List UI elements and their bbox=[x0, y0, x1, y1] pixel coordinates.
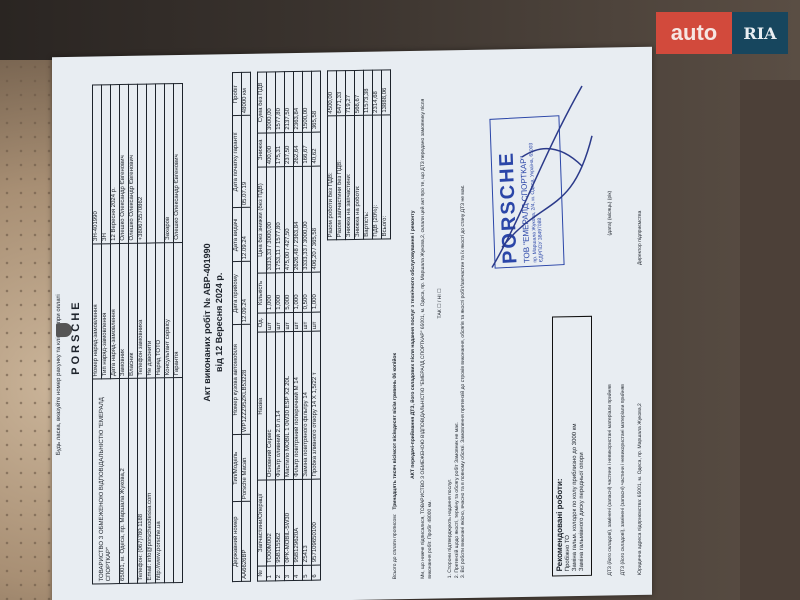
vehicle-header: Державний номер bbox=[233, 502, 242, 582]
parts-cell: шт bbox=[267, 312, 276, 332]
vehicle-table: Державний номерТип/МодельНомер кузова ав… bbox=[232, 72, 251, 582]
totals-value: 6471,33 bbox=[337, 71, 346, 116]
totals-value: 719,27 bbox=[346, 70, 355, 115]
parts-header: Од. bbox=[258, 313, 267, 333]
act-text: Ми, що нижче підписалися, ТОВАРИСТВО З О… bbox=[420, 79, 433, 579]
autoria-watermark: auto RIA bbox=[656, 12, 788, 54]
parts-cell: 2363,84 bbox=[294, 71, 303, 132]
act-heading: АКТ передачі-приймання ДТЗ, його складов… bbox=[410, 79, 417, 479]
table-row: 495B129620AФільтр повітряний поперечний … bbox=[294, 71, 303, 580]
parts-table: №Запчастини/ОпераціїНазваОд.КількістьЦін… bbox=[257, 71, 321, 582]
vehicle-header: Дата прийому bbox=[233, 262, 242, 325]
parts-cell: Фільтр повітряний поперечний М 14 bbox=[294, 332, 303, 480]
parts-cell: Основний Сервіс bbox=[267, 332, 276, 480]
sign-date-labels: (дата) (місяць) (рік) bbox=[607, 191, 614, 236]
parts-cell: шт bbox=[294, 312, 303, 332]
totals-value: 11573,38 bbox=[364, 70, 373, 115]
vehicle-value: Porsche Macan bbox=[242, 434, 251, 501]
parts-cell: 237,50 bbox=[285, 132, 294, 166]
parts-cell: 0PK-MOBIL-5W30 bbox=[285, 479, 294, 565]
parts-cell: 1,000 bbox=[312, 272, 321, 312]
car-seat-right-background bbox=[740, 80, 800, 600]
totals-row: Вартість:11573,38 bbox=[364, 70, 373, 239]
parts-cell: 95B129620A bbox=[294, 479, 303, 565]
parts-header: Знижка bbox=[258, 133, 267, 167]
totals-value: 566,67 bbox=[355, 70, 364, 115]
parts-cell: 0,500 bbox=[303, 272, 312, 312]
parts-header: Ціна без знижки (без ПДВ) bbox=[258, 167, 267, 273]
parts-cell: шт bbox=[276, 312, 285, 332]
table-row: 6957109650100Пробка зливного отвору 14 X… bbox=[312, 71, 321, 580]
parts-cell: шт bbox=[312, 312, 321, 332]
document-paper: Будь ласка, вказуйте номер рахунку та кл… bbox=[52, 47, 652, 600]
parts-cell: 3000,00 bbox=[267, 72, 276, 133]
totals-table: Разом роботи без ПДВ:4500,00Разом запчас… bbox=[327, 69, 391, 240]
totals-row: ПДВ (20%):2314,68 bbox=[373, 70, 382, 239]
company-web: http://www.porsche.ua bbox=[156, 378, 165, 583]
watermark-ria: RIA bbox=[732, 12, 788, 54]
totals-value: 13888,06 bbox=[382, 70, 391, 115]
vehicle-value: 12.09.24 bbox=[242, 262, 251, 325]
parts-cell: 2 bbox=[276, 565, 285, 581]
parts-header: Сума без ПДВ bbox=[258, 72, 267, 133]
parts-cell: 1,000 bbox=[276, 273, 285, 313]
parts-header: Назва bbox=[258, 332, 267, 480]
parts-cell: 3333,33 / 3000,00 bbox=[267, 167, 276, 273]
parts-cell: шт bbox=[303, 312, 312, 332]
totals-row: Разом роботи без ПДВ:4500,00 bbox=[328, 71, 337, 240]
company-phone: Телефон: (067)780 1188 bbox=[138, 378, 147, 583]
totals-value: 2314,68 bbox=[373, 70, 382, 115]
watermark-auto: auto bbox=[656, 12, 732, 54]
parts-cell: 2626,48 / 2363,84 bbox=[294, 166, 303, 272]
totals-row: Знижка на запчастини:719,27 bbox=[346, 70, 355, 239]
brand-logo: PORSCHE bbox=[70, 299, 83, 375]
parts-cell: 1577,80 bbox=[276, 72, 285, 133]
parts-cell: Фільтр оливний 2.0 л.14 bbox=[276, 332, 285, 480]
parts-cell: 40,62 bbox=[312, 132, 321, 166]
vehicle-value: 48000 км bbox=[242, 72, 251, 116]
act-title: Акт виконаних робіт № АВР-401990 від 12 … bbox=[202, 192, 225, 452]
parts-cell: 1 bbox=[267, 565, 276, 581]
parts-cell: 406,20 / 365,58 bbox=[312, 166, 321, 272]
totals-label: Знижка на роботи: bbox=[355, 116, 364, 240]
parts-cell: шт bbox=[285, 312, 294, 332]
parts-cell: Пробка зливного отвору 14 X 1,5/22 т bbox=[312, 331, 321, 479]
totals-row: Знижка на роботи:566,67 bbox=[355, 70, 364, 239]
vehicle-header: Номер кузова автомобіля bbox=[233, 325, 242, 435]
yes-no-checkboxes: ТАК ☐ / НІ ☐ bbox=[437, 288, 444, 318]
totals-label: ПДВ (20%): bbox=[373, 115, 382, 239]
parts-cell: 5,000 bbox=[285, 272, 294, 312]
parts-cell: Заміна повітряного фільтру 14 bbox=[303, 332, 312, 480]
parts-cell: 175,31 bbox=[276, 132, 285, 166]
parts-cell: 1,000 bbox=[294, 272, 303, 312]
order-header-table: ТОВАРИСТВО З ОБМЕЖЕНОЮ ВІДПОВІДАЛЬНІСТЮ … bbox=[92, 83, 183, 585]
parts-cell: 1,000 bbox=[267, 273, 276, 313]
table-row: 295B115562Фільтр оливний 2.0 л.14шт1,000… bbox=[276, 72, 285, 581]
payment-note: Будь ласка, вказуйте номер рахунку та кл… bbox=[56, 294, 63, 455]
totals-label: Вартість: bbox=[364, 115, 373, 239]
parts-cell: 3333,33 / 3000,00 bbox=[303, 166, 312, 272]
parts-cell: 5 bbox=[303, 565, 312, 581]
parts-cell: 365,58 bbox=[312, 71, 321, 132]
parts-cell: 957109650100 bbox=[312, 479, 321, 565]
service-act-document: Будь ласка, вказуйте номер рахунку та кл… bbox=[52, 47, 652, 600]
parts-cell: 6 bbox=[312, 565, 321, 581]
table-row: 1ТО00М002Основний Сервісшт1,0003333,33 /… bbox=[267, 72, 276, 581]
director-label: Директор підприємства bbox=[637, 211, 644, 265]
parts-cell: 3 bbox=[285, 565, 294, 581]
table-row: 30PK-MOBIL-5W30Мастило MOBIL 1 0W30 ESP … bbox=[285, 72, 294, 581]
recommended-works-box: Рекомендовані роботи: Пробіжно ТО Заміна… bbox=[552, 316, 592, 577]
parts-cell: 166,67 bbox=[303, 132, 312, 166]
vehicle-value: 12.09.24 bbox=[242, 208, 251, 262]
vehicle-value: WP1ZZZ95ZKLB53228 bbox=[242, 325, 251, 435]
parts-cell: 95B115562 bbox=[276, 479, 285, 565]
footer-line-1: ДТЗ (його складові), замінені (запасні) … bbox=[607, 384, 614, 575]
parts-header: Запчастини/Операції bbox=[258, 480, 267, 566]
parts-cell: 400,00 bbox=[267, 132, 276, 166]
total-in-words: Всього до сплати прописом: Тринадцять ти… bbox=[392, 353, 399, 579]
parts-cell: 2137,50 bbox=[285, 72, 294, 133]
company-email: Email: info@porscheodessa.com bbox=[147, 378, 156, 583]
parts-cell: 475,00 / 427,50 bbox=[285, 166, 294, 272]
parts-cell: 1753,11 / 1577,80 bbox=[276, 167, 285, 273]
totals-row: Всього:13888,06 bbox=[382, 70, 391, 239]
vehicle-header: Тип/Модель bbox=[233, 435, 242, 502]
footer-line-2: ДТЗ (його складові), замінені (запасні) … bbox=[620, 384, 627, 575]
parts-cell: 1500,00 bbox=[303, 71, 312, 132]
parts-cell: Z5413 bbox=[303, 479, 312, 565]
totals-label: Разом запчастини без ПДВ: bbox=[337, 116, 346, 240]
parts-cell: 4 bbox=[294, 565, 303, 581]
table-row: 5Z5413Заміна повітряного фільтру 14шт0,5… bbox=[303, 71, 312, 580]
signature-icon bbox=[482, 76, 602, 278]
parts-header: № bbox=[258, 566, 267, 582]
vehicle-value: 05.07.19 bbox=[242, 116, 251, 208]
parts-cell: ТО00М002 bbox=[267, 480, 276, 566]
parts-header: Кількість bbox=[258, 273, 267, 313]
company-name: ТОВАРИСТВО З ОБМЕЖЕНОЮ ВІДПОВІДАЛЬНІСТЮ … bbox=[93, 379, 120, 584]
totals-label: Разом роботи без ПДВ: bbox=[328, 116, 337, 240]
conditions-list: 1. Сторони підтверджують надання послуг.… bbox=[447, 78, 467, 578]
vehicle-header: Дата видачі bbox=[233, 208, 242, 262]
totals-row: Разом запчастини без ПДВ:6471,33 bbox=[337, 71, 346, 240]
vehicle-header: Пробіг bbox=[233, 72, 242, 116]
totals-label: Всього: bbox=[382, 115, 391, 239]
totals-value: 4500,00 bbox=[328, 71, 337, 116]
vehicle-header: Дата початку гарантії bbox=[233, 116, 242, 208]
totals-label: Знижка на запчастини: bbox=[346, 116, 355, 240]
vehicle-value: АА6626ВР bbox=[242, 502, 251, 582]
company-address: 65001, м. Одеса, пр. Маршала Жукова,2 bbox=[120, 378, 129, 583]
legal-address: Юридична адреса підприємства: 65001, м. … bbox=[637, 403, 644, 575]
parts-cell: 262,64 bbox=[294, 132, 303, 166]
parts-cell: Мастило MOBIL 1 0W30 ESP X2 20L bbox=[285, 332, 294, 480]
